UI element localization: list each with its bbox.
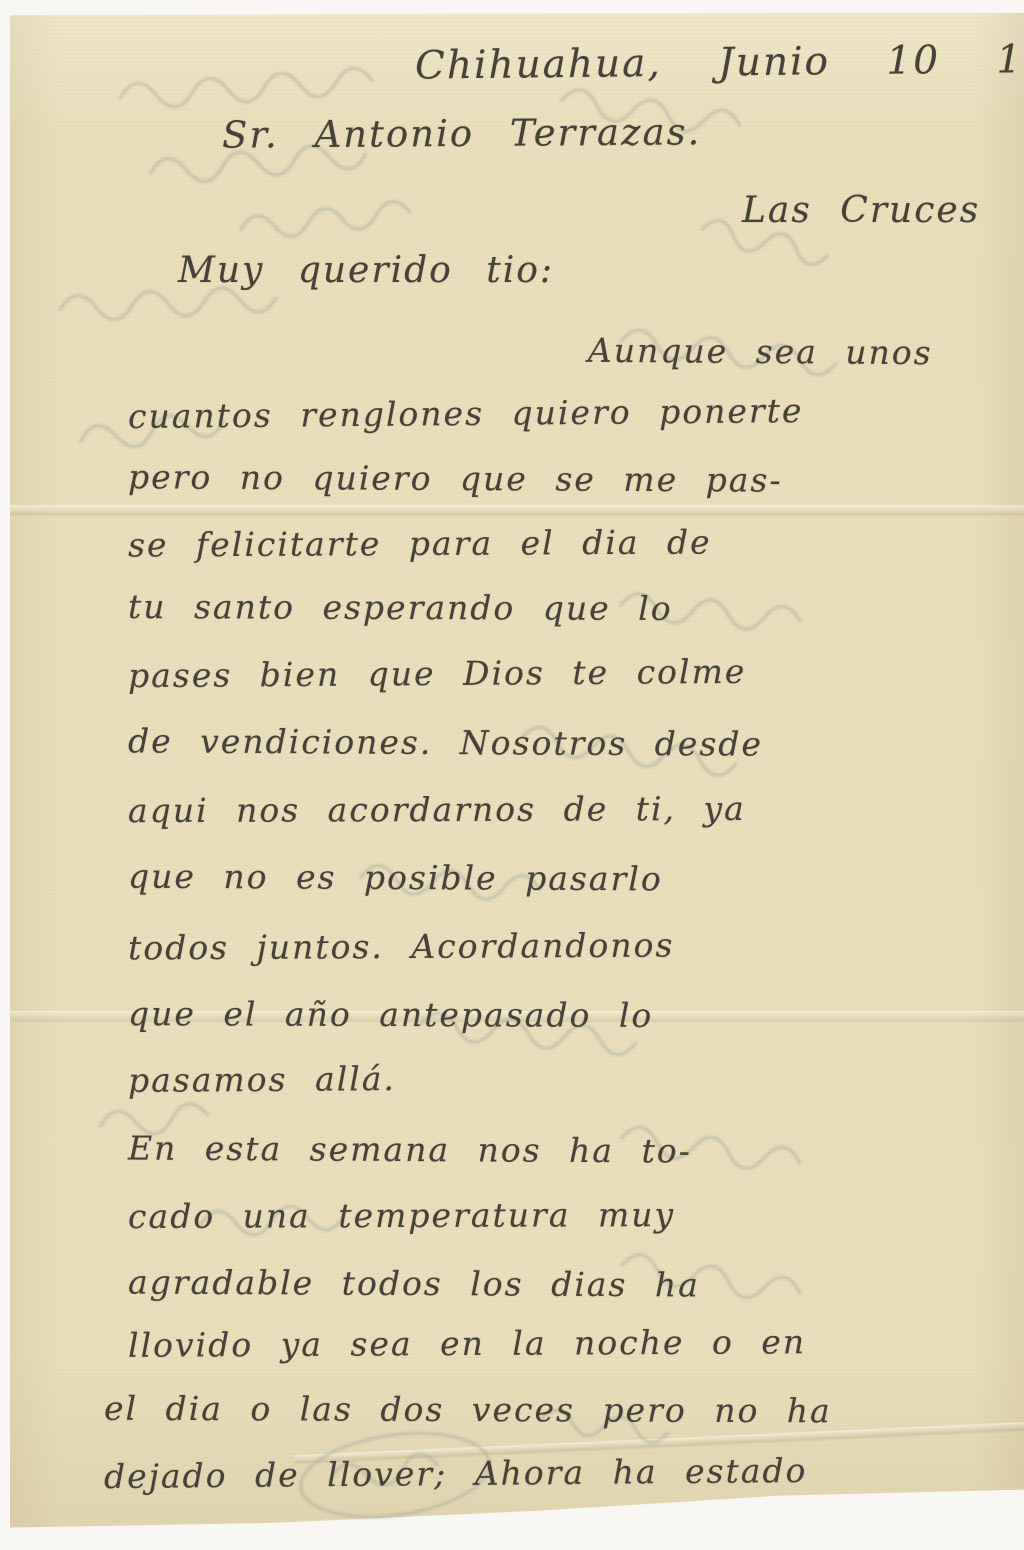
body-line: pero no quiero que se me pas- [128,457,783,499]
body-line: se felicitarte para el dia de [128,522,712,564]
letter-salutation: Muy querido tio: [178,250,554,291]
letter-location: Las Cruces [742,190,980,231]
scanned-letter-page: { "page": { "background_color": "#f9f7f4… [0,0,1024,1550]
body-line: Aunque sea unos [588,331,933,372]
body-line: que el año antepasado lo [128,994,653,1035]
body-line: dejado de llover; Ahora ha estado [104,1451,808,1496]
body-line: todos juntos. Acordandonos [128,926,675,968]
body-line: agradable todos los dias ha [128,1263,700,1305]
ink-bleedthrough-ghost-writing [0,0,1024,1550]
letter-place-date: Chihuahua, Junio 10 1914 [415,36,1024,88]
body-line: cado una temperatura muy [128,1195,675,1236]
body-line: pases bien que Dios te colme [128,652,747,695]
body-line: En esta semana nos ha to- [128,1129,692,1171]
letter-recipient: Sr. Antonio Terrazas. [222,110,702,156]
body-line: llovido ya sea en la noche o en [128,1322,806,1365]
body-line: el dia o las dos veces pero no ha [104,1389,832,1431]
body-line: cuantos renglones quiero ponerte [128,391,804,436]
body-line: pasamos allá. [128,1059,396,1100]
body-line: tu santo esperando que lo [128,587,673,628]
body-line: aqui nos acordarnos de ti, ya [128,789,746,830]
body-line: de vendiciones. Nosotros desde [128,721,763,763]
body-line: que no es posible pasarlo [128,857,663,899]
